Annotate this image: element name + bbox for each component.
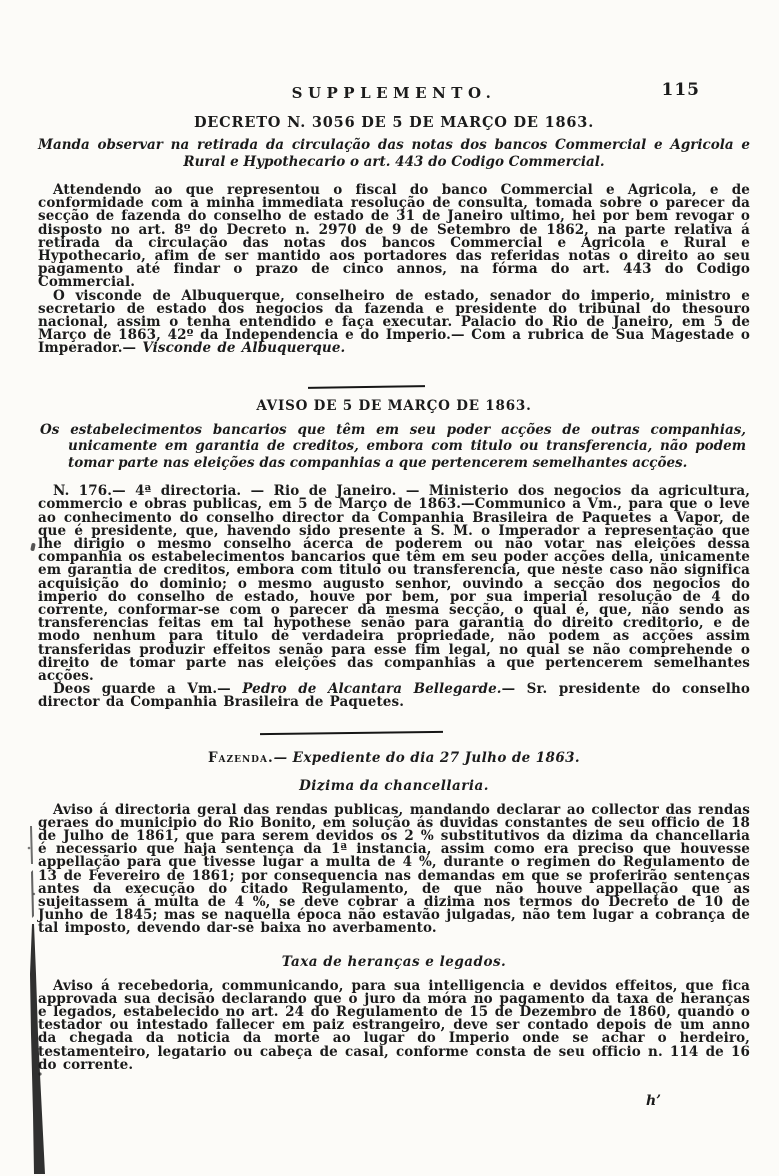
decree-closing: O visconde de Albuquerque, conselheiro d…: [38, 290, 750, 356]
ink-speck-artifact: [30, 543, 36, 552]
catchword-mark: h’: [646, 1093, 661, 1109]
subsection-title-dizima: Dizima da chancellaria.: [38, 778, 750, 794]
page-content: SUPPLEMENTO. 115 DECRETO N. 3056 DE 5 DE…: [38, 84, 750, 1072]
subsection-title-taxa: Taxa de heranças e legados.: [38, 954, 750, 970]
decree-signature: Visconde de Albuquerque.: [142, 340, 345, 356]
decree-section: DECRETO N. 3056 DE 5 DE MARÇO DE 1863. M…: [38, 114, 750, 356]
subsection-body-taxa: Aviso á recebedoria, communicando, para …: [38, 980, 750, 1072]
aviso-summary: Os estabelecimentos bancarios que têm em…: [38, 422, 750, 472]
section-divider: [308, 385, 425, 389]
subsection-body-dizima: Aviso á directoria geral das rendas publ…: [38, 804, 750, 936]
running-header: SUPPLEMENTO. 115: [38, 84, 750, 104]
decree-heading: DECRETO N. 3056 DE 5 DE MARÇO DE 1863.: [38, 114, 750, 131]
fazenda-section: Fazenda.— Expediente do dia 27 Julho de …: [38, 750, 750, 1072]
fazenda-department-label: Fazenda.: [208, 750, 274, 766]
section-divider: [260, 730, 443, 734]
decree-summary: Manda observar na retirada da circulação…: [38, 137, 750, 170]
scanned-gazette-page: SUPPLEMENTO. 115 DECRETO N. 3056 DE 5 DE…: [0, 0, 779, 1176]
fazenda-expediente-label: — Expediente do dia 27 Julho de 1863.: [274, 750, 580, 766]
page-number: 115: [662, 80, 701, 100]
aviso-section: AVISO DE 5 DE MARÇO DE 1863. Os estabele…: [38, 398, 750, 710]
decree-body: Attendendo ao que representou o fiscal d…: [38, 184, 750, 290]
fazenda-heading: Fazenda.— Expediente do dia 27 Julho de …: [38, 750, 750, 766]
running-header-title: SUPPLEMENTO.: [38, 84, 750, 102]
aviso-body: N. 176.— 4ª directoria. — Rio de Janeiro…: [38, 485, 750, 683]
aviso-closing: Deos guarde a Vm.— Pedro de Alcantara Be…: [38, 683, 750, 709]
aviso-heading: AVISO DE 5 DE MARÇO DE 1863.: [38, 398, 750, 414]
binding-artifact: [16, 824, 52, 1176]
